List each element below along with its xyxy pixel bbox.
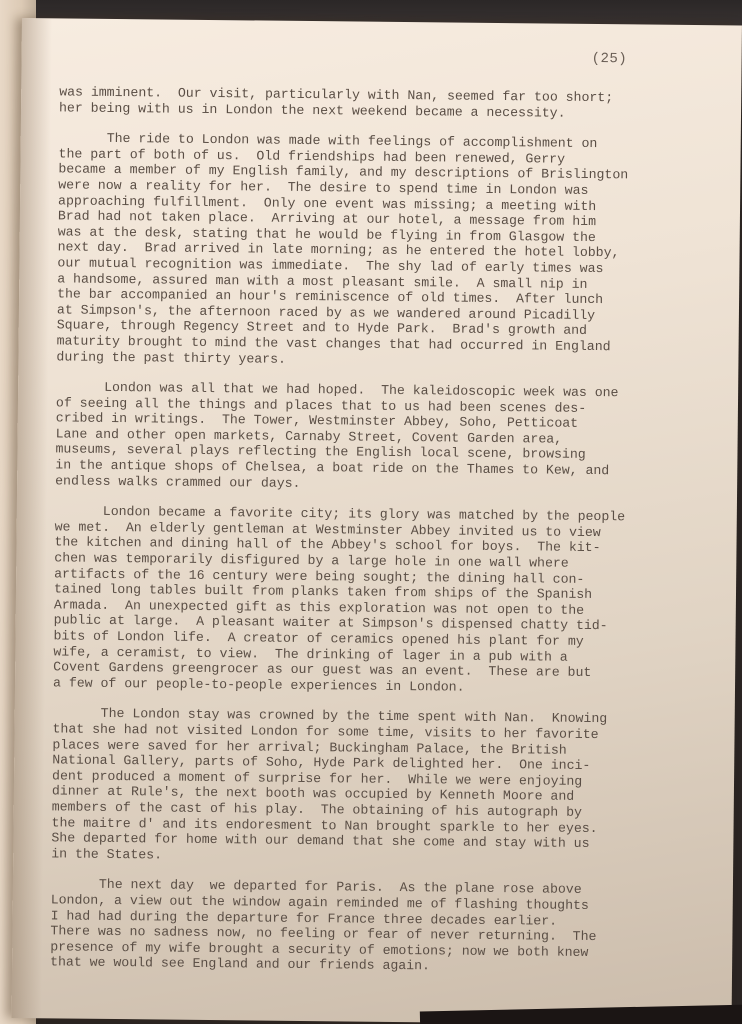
document-page: (25) was imminent. Our visit, particular… <box>12 18 742 1024</box>
body-text: was imminent. Our visit, particularly wi… <box>50 84 719 992</box>
paragraph: London became a favorite city; its glory… <box>53 504 715 698</box>
page-number: (25) <box>592 51 628 67</box>
paragraph: was imminent. Our visit, particularly wi… <box>59 84 719 122</box>
paragraph: London was all that we had hoped. The ka… <box>55 379 716 495</box>
paragraph: The ride to London was made with feeling… <box>56 131 718 372</box>
paragraph: The London stay was crowned by the time … <box>51 706 713 869</box>
paragraph: The next day we departed for Paris. As t… <box>50 877 711 977</box>
